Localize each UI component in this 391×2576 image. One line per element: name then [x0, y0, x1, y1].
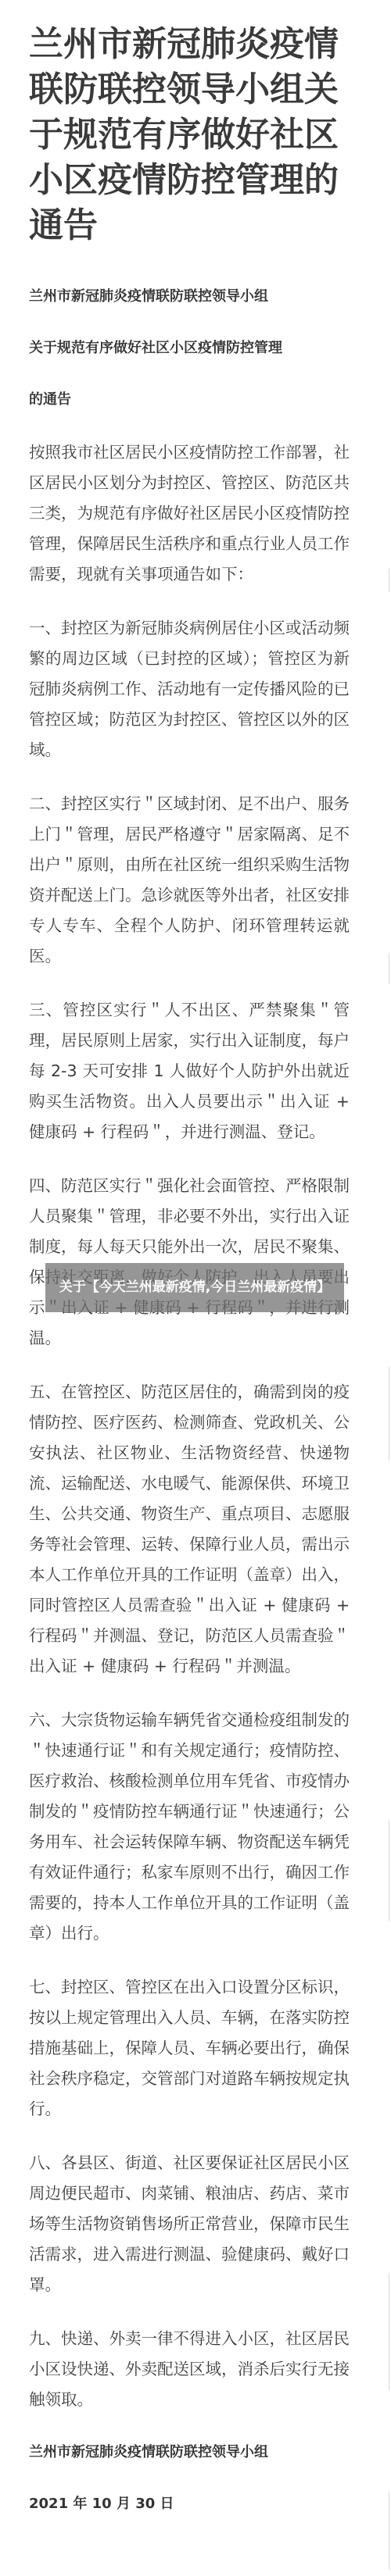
scroll-edge-mark — [389, 953, 389, 984]
notice-item-9: 九、快递、外卖一律不得进入小区，社区居民小区设快递、外卖配送区域，消杀后实行无接… — [29, 2324, 350, 2415]
notice-item-6: 六、大宗货物运输车辆凭省交通检疫组制发的＂快速通行证＂和有关规定通行；疫情防控、… — [29, 1705, 350, 1949]
issue-date: 2021 年 10 月 30 日 — [29, 2495, 350, 2514]
notice-item-8: 八、各县区、街道、社区要保证社区居民小区周边便民超市、肉菜铺、粮油店、药店、菜市… — [29, 2148, 350, 2300]
scroll-edge-mark — [389, 1820, 389, 1921]
scroll-edge-mark — [389, 2273, 389, 2390]
article-title: 兰州市新冠肺炎疫情联防联控领导小组关于规范有序做好社区小区疫情防控管理的通告 — [29, 22, 350, 248]
scroll-edge-mark — [389, 1367, 389, 1461]
notice-item-2: 二、封控区实行＂区域封闭、足不出户、服务上门＂管理，居民严格遵守＂居家隔离、足不… — [29, 789, 350, 972]
subheading-topic: 关于规范有序做好社区小区疫情防控管理 — [29, 339, 350, 358]
signature-issuer: 兰州市新冠肺炎疫情联防联控领导小组 — [29, 2443, 350, 2462]
intro-paragraph: 按照我市社区居民小区疫情防控工作部署，社区居民小区划分为封控区、管控区、防范区共… — [29, 437, 350, 590]
notice-item-5: 五、在管控区、防范区居住的，确需到岗的疫情防控、医疗医药、检测筛查、党政机关、公… — [29, 1377, 350, 1682]
notice-item-1: 一、封控区为新冠肺炎病例居住小区或活动频繁的周边区域（已封控的区域）；管控区为新… — [29, 613, 350, 765]
overlay-caption-banner: 关于【今天兰州最新疫情,今日兰州最新疫情】 — [45, 1263, 344, 1312]
notice-item-7: 七、封控区、管控区在出入口设置分区标识，按以上规定管理出入人员、车辆，在落实防控… — [29, 1972, 350, 2125]
notice-item-4: 四、防范区实行＂强化社会面管控、严格限制人员聚集＂管理，非必要不外出，实行出入证… — [29, 1171, 350, 1354]
scroll-edge-mark — [389, 2492, 389, 2570]
subheading-issuer: 兰州市新冠肺炎疫情联防联控领导小组 — [29, 287, 350, 306]
subheading-notice: 的通告 — [29, 391, 350, 409]
overlay-caption-text: 关于【今天兰州最新疫情,今日兰州最新疫情】 — [59, 1279, 330, 1297]
scroll-edge-mark — [389, 569, 389, 592]
notice-item-3: 三、管控区实行＂人不出区、严禁聚集＂管理，居民原则上居家，实行出入证制度，每户每… — [29, 995, 350, 1147]
